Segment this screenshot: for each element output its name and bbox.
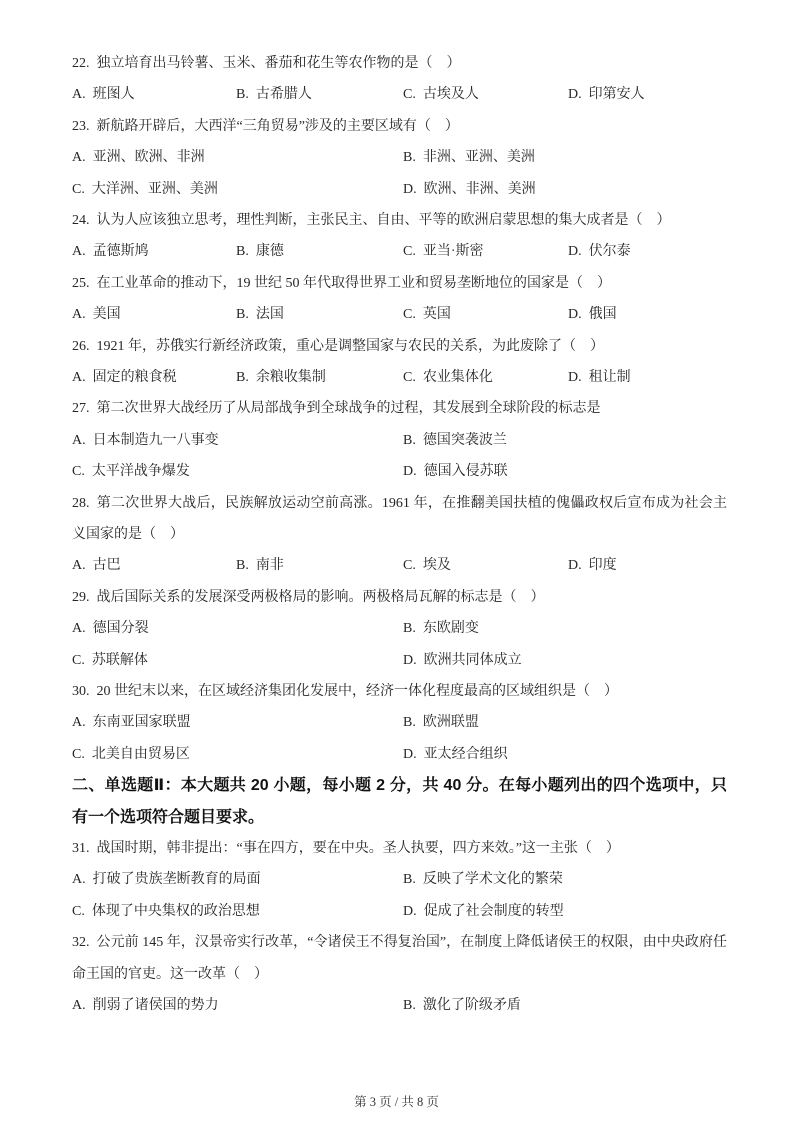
option-B: B.反映了学术文化的繁荣 (403, 864, 563, 895)
exam-page: 22.独立培育出马铃薯、玉米、番茄和花生等农作物的是（ ）A.班图人B.古希腊人… (0, 0, 793, 1122)
option-D: D.印度 (568, 550, 617, 581)
option-label: B. (403, 433, 416, 448)
option-C: C.农业集体化 (403, 362, 493, 393)
options-row: C.北美自由贸易区D.亚太经合组织 (72, 739, 727, 770)
option-C: C.苏联解体 (72, 645, 148, 676)
option-text: 德国入侵苏联 (424, 464, 508, 479)
option-B: B.南非 (236, 550, 284, 581)
option-label: C. (72, 653, 85, 668)
option-label: A. (72, 715, 86, 730)
option-label: A. (72, 872, 86, 887)
option-label: B. (403, 872, 416, 887)
option-label: D. (403, 653, 417, 668)
question-23: 23.新航路开辟后，大西洋“三角贸易”涉及的主要区域有（ ）A.亚洲、欧洲、非洲… (72, 111, 727, 205)
option-text: 非洲、亚洲、美洲 (423, 150, 535, 165)
question-text: 在工业革命的推动下，19 世纪 50 年代取得世界工业和贸易垄断地位的国家是（ … (97, 276, 612, 291)
question-text: 第二次世界大战后，民族解放运动空前高涨。1961 年，在推翻美国扶植的傀儡政权后… (72, 496, 727, 542)
option-text: 激化了阶级矛盾 (423, 998, 521, 1013)
option-text: 余粮收集制 (256, 370, 326, 385)
question-text: 独立培育出马铃薯、玉米、番茄和花生等农作物的是（ ） (97, 56, 461, 71)
option-text: 亚太经合组织 (424, 747, 508, 762)
option-text: 东南亚国家联盟 (93, 715, 191, 730)
section-header: 二、单选题Ⅱ：本大题共 20 小题，每小题 2 分，共 40 分。在每小题列出的… (72, 770, 727, 833)
options-row: A.削弱了诸侯国的势力B.激化了阶级矛盾 (72, 990, 727, 1021)
option-text: 古埃及人 (423, 87, 479, 102)
option-label: A. (72, 558, 86, 573)
option-text: 美国 (93, 307, 121, 322)
option-D: D.租让制 (568, 362, 631, 393)
question-number: 25. (72, 276, 90, 291)
option-text: 租让制 (589, 370, 631, 385)
option-label: B. (236, 244, 249, 259)
question-number: 29. (72, 590, 90, 605)
option-label: B. (236, 558, 249, 573)
question-stem: 22.独立培育出马铃薯、玉米、番茄和花生等农作物的是（ ） (72, 48, 727, 79)
option-A: A.古巴 (72, 550, 121, 581)
option-label: C. (403, 558, 416, 573)
options-row: A.亚洲、欧洲、非洲B.非洲、亚洲、美洲 (72, 142, 727, 173)
option-D: D.亚太经合组织 (403, 739, 508, 770)
options-row: A.孟德斯鸠B.康德C.亚当·斯密D.伏尔泰 (72, 236, 727, 267)
question-stem: 27.第二次世界大战经历了从局部战争到全球战争的过程，其发展到全球阶段的标志是 (72, 393, 727, 424)
option-text: 孟德斯鸠 (93, 244, 149, 259)
option-text: 印度 (589, 558, 617, 573)
option-D: D.促成了社会制度的转型 (403, 896, 564, 927)
question-24: 24.认为人应该独立思考，理性判断，主张民主、自由、平等的欧洲启蒙思想的集大成者… (72, 205, 727, 268)
option-label: D. (403, 182, 417, 197)
option-label: A. (72, 998, 86, 1013)
option-A: A.德国分裂 (72, 613, 149, 644)
option-text: 太平洋战争爆发 (92, 464, 190, 479)
option-text: 法国 (256, 307, 284, 322)
question-31: 31.战国时期，韩非提出：“事在四方，要在中央。圣人执要，四方来效。”这一主张（… (72, 833, 727, 927)
option-D: D.德国入侵苏联 (403, 456, 508, 487)
option-label: D. (403, 904, 417, 919)
option-A: A.东南亚国家联盟 (72, 707, 191, 738)
option-text: 北美自由贸易区 (92, 747, 190, 762)
option-B: B.欧洲联盟 (403, 707, 479, 738)
question-stem: 26.1921 年，苏俄实行新经济政策，重心是调整国家与农民的关系，为此废除了（… (72, 331, 727, 362)
question-text: 战后国际关系的发展深受两极格局的影响。两极格局瓦解的标志是（ ） (97, 590, 545, 605)
question-text: 第二次世界大战经历了从局部战争到全球战争的过程，其发展到全球阶段的标志是 (97, 401, 601, 416)
option-text: 大洋洲、亚洲、美洲 (92, 182, 218, 197)
option-label: A. (72, 244, 86, 259)
option-label: B. (403, 621, 416, 636)
option-text: 促成了社会制度的转型 (424, 904, 564, 919)
option-B: B.余粮收集制 (236, 362, 326, 393)
question-number: 32. (72, 935, 90, 950)
option-label: C. (72, 464, 85, 479)
question-number: 31. (72, 841, 90, 856)
option-text: 古希腊人 (256, 87, 312, 102)
question-number: 23. (72, 119, 90, 134)
option-label: A. (72, 433, 86, 448)
question-27: 27.第二次世界大战经历了从局部战争到全球战争的过程，其发展到全球阶段的标志是A… (72, 393, 727, 487)
question-stem: 32.公元前 145 年，汉景帝实行改革，“令诸侯王不得复治国”，在制度上降低诸… (72, 927, 727, 990)
option-C: C.英国 (403, 299, 451, 330)
option-D: D.伏尔泰 (568, 236, 631, 267)
option-B: B.古希腊人 (236, 79, 312, 110)
option-text: 古巴 (93, 558, 121, 573)
option-label: A. (72, 307, 86, 322)
option-text: 欧洲、非洲、美洲 (424, 182, 536, 197)
option-label: A. (72, 150, 86, 165)
option-text: 东欧剧变 (423, 621, 479, 636)
option-label: B. (403, 715, 416, 730)
option-label: D. (568, 558, 582, 573)
option-text: 打破了贵族垄断教育的局面 (93, 872, 261, 887)
question-stem: 29.战后国际关系的发展深受两极格局的影响。两极格局瓦解的标志是（ ） (72, 582, 727, 613)
question-text: 认为人应该独立思考，理性判断，主张民主、自由、平等的欧洲启蒙思想的集大成者是（ … (97, 213, 671, 228)
option-C: C.北美自由贸易区 (72, 739, 190, 770)
option-label: C. (72, 182, 85, 197)
option-label: C. (72, 747, 85, 762)
question-28: 28.第二次世界大战后，民族解放运动空前高涨。1961 年，在推翻美国扶植的傀儡… (72, 488, 727, 582)
options-row: A.固定的粮食税B.余粮收集制C.农业集体化D.租让制 (72, 362, 727, 393)
question-stem: 24.认为人应该独立思考，理性判断，主张民主、自由、平等的欧洲启蒙思想的集大成者… (72, 205, 727, 236)
option-B: B.康德 (236, 236, 284, 267)
option-B: B.非洲、亚洲、美洲 (403, 142, 535, 173)
option-text: 德国分裂 (93, 621, 149, 636)
question-stem: 23.新航路开辟后，大西洋“三角贸易”涉及的主要区域有（ ） (72, 111, 727, 142)
option-A: A.亚洲、欧洲、非洲 (72, 142, 205, 173)
option-label: C. (72, 904, 85, 919)
option-label: B. (403, 998, 416, 1013)
option-label: A. (72, 370, 86, 385)
option-text: 日本制造九一八事变 (93, 433, 219, 448)
option-A: A.打破了贵族垄断教育的局面 (72, 864, 261, 895)
option-text: 印第安人 (589, 87, 645, 102)
option-text: 亚洲、欧洲、非洲 (93, 150, 205, 165)
option-text: 德国突袭波兰 (423, 433, 507, 448)
question-stem: 31.战国时期，韩非提出：“事在四方，要在中央。圣人执要，四方来效。”这一主张（… (72, 833, 727, 864)
option-A: A.削弱了诸侯国的势力 (72, 990, 219, 1021)
option-label: C. (403, 244, 416, 259)
question-number: 22. (72, 56, 90, 71)
option-text: 班图人 (93, 87, 135, 102)
option-text: 埃及 (423, 558, 451, 573)
option-label: D. (568, 244, 582, 259)
question-32: 32.公元前 145 年，汉景帝实行改革，“令诸侯王不得复治国”，在制度上降低诸… (72, 927, 727, 1021)
option-D: D.欧洲共同体成立 (403, 645, 522, 676)
option-label: C. (403, 370, 416, 385)
question-stem: 30.20 世纪末以来，在区域经济集团化发展中，经济一体化程度最高的区域组织是（… (72, 676, 727, 707)
option-label: C. (403, 307, 416, 322)
option-C: C.埃及 (403, 550, 451, 581)
option-label: D. (568, 370, 582, 385)
question-26: 26.1921 年，苏俄实行新经济政策，重心是调整国家与农民的关系，为此废除了（… (72, 331, 727, 394)
question-number: 28. (72, 496, 90, 511)
option-C: C.古埃及人 (403, 79, 479, 110)
option-A: A.孟德斯鸠 (72, 236, 149, 267)
options-row: C.大洋洲、亚洲、美洲D.欧洲、非洲、美洲 (72, 174, 727, 205)
option-D: D.欧洲、非洲、美洲 (403, 174, 536, 205)
question-29: 29.战后国际关系的发展深受两极格局的影响。两极格局瓦解的标志是（ ）A.德国分… (72, 582, 727, 676)
option-A: A.日本制造九一八事变 (72, 425, 219, 456)
question-stem: 25.在工业革命的推动下，19 世纪 50 年代取得世界工业和贸易垄断地位的国家… (72, 268, 727, 299)
option-text: 体现了中央集权的政治思想 (92, 904, 260, 919)
option-text: 固定的粮食税 (93, 370, 177, 385)
option-text: 亚当·斯密 (423, 244, 484, 259)
option-D: D.印第安人 (568, 79, 645, 110)
options-row: A.东南亚国家联盟B.欧洲联盟 (72, 707, 727, 738)
option-C: C.体现了中央集权的政治思想 (72, 896, 260, 927)
option-label: A. (72, 621, 86, 636)
options-row: C.体现了中央集权的政治思想D.促成了社会制度的转型 (72, 896, 727, 927)
option-text: 削弱了诸侯国的势力 (93, 998, 219, 1013)
option-label: B. (403, 150, 416, 165)
option-label: C. (403, 87, 416, 102)
options-row: A.德国分裂B.东欧剧变 (72, 613, 727, 644)
options-row: C.苏联解体D.欧洲共同体成立 (72, 645, 727, 676)
option-text: 伏尔泰 (589, 244, 631, 259)
option-label: D. (403, 464, 417, 479)
option-A: A.固定的粮食税 (72, 362, 177, 393)
option-label: D. (568, 307, 582, 322)
question-number: 24. (72, 213, 90, 228)
option-text: 南非 (256, 558, 284, 573)
question-text: 公元前 145 年，汉景帝实行改革，“令诸侯王不得复治国”，在制度上降低诸侯王的… (72, 935, 727, 981)
question-text: 20 世纪末以来，在区域经济集团化发展中，经济一体化程度最高的区域组织是（ ） (97, 684, 619, 699)
options-row: A.美国B.法国C.英国D.俄国 (72, 299, 727, 330)
option-label: B. (236, 307, 249, 322)
option-C: C.亚当·斯密 (403, 236, 484, 267)
option-text: 反映了学术文化的繁荣 (423, 872, 563, 887)
options-row: A.古巴B.南非C.埃及D.印度 (72, 550, 727, 581)
question-25: 25.在工业革命的推动下，19 世纪 50 年代取得世界工业和贸易垄断地位的国家… (72, 268, 727, 331)
option-text: 俄国 (589, 307, 617, 322)
options-row: A.班图人B.古希腊人C.古埃及人D.印第安人 (72, 79, 727, 110)
page-footer: 第 3 页 / 共 8 页 (0, 1092, 793, 1110)
question-number: 26. (72, 339, 90, 354)
option-text: 欧洲共同体成立 (424, 653, 522, 668)
question-number: 30. (72, 684, 90, 699)
options-row: A.打破了贵族垄断教育的局面B.反映了学术文化的繁荣 (72, 864, 727, 895)
option-B: B.德国突袭波兰 (403, 425, 507, 456)
option-A: A.班图人 (72, 79, 135, 110)
option-B: B.激化了阶级矛盾 (403, 990, 521, 1021)
option-text: 农业集体化 (423, 370, 493, 385)
option-text: 康德 (256, 244, 284, 259)
option-label: D. (403, 747, 417, 762)
question-text: 战国时期，韩非提出：“事在四方，要在中央。圣人执要，四方来效。”这一主张（ ） (97, 841, 620, 856)
option-text: 苏联解体 (92, 653, 148, 668)
option-A: A.美国 (72, 299, 121, 330)
option-D: D.俄国 (568, 299, 617, 330)
option-label: D. (568, 87, 582, 102)
question-text: 1921 年，苏俄实行新经济政策，重心是调整国家与农民的关系，为此废除了（ ） (97, 339, 605, 354)
option-C: C.大洋洲、亚洲、美洲 (72, 174, 218, 205)
option-label: A. (72, 87, 86, 102)
exam-content: 22.独立培育出马铃薯、玉米、番茄和花生等农作物的是（ ）A.班图人B.古希腊人… (72, 48, 727, 1021)
options-row: C.太平洋战争爆发D.德国入侵苏联 (72, 456, 727, 487)
option-label: B. (236, 370, 249, 385)
option-label: B. (236, 87, 249, 102)
question-30: 30.20 世纪末以来，在区域经济集团化发展中，经济一体化程度最高的区域组织是（… (72, 676, 727, 770)
option-text: 英国 (423, 307, 451, 322)
option-B: B.法国 (236, 299, 284, 330)
options-row: A.日本制造九一八事变B.德国突袭波兰 (72, 425, 727, 456)
question-stem: 28.第二次世界大战后，民族解放运动空前高涨。1961 年，在推翻美国扶植的傀儡… (72, 488, 727, 551)
question-22: 22.独立培育出马铃薯、玉米、番茄和花生等农作物的是（ ）A.班图人B.古希腊人… (72, 48, 727, 111)
option-C: C.太平洋战争爆发 (72, 456, 190, 487)
question-number: 27. (72, 401, 90, 416)
option-text: 欧洲联盟 (423, 715, 479, 730)
question-text: 新航路开辟后，大西洋“三角贸易”涉及的主要区域有（ ） (97, 119, 459, 134)
option-B: B.东欧剧变 (403, 613, 479, 644)
